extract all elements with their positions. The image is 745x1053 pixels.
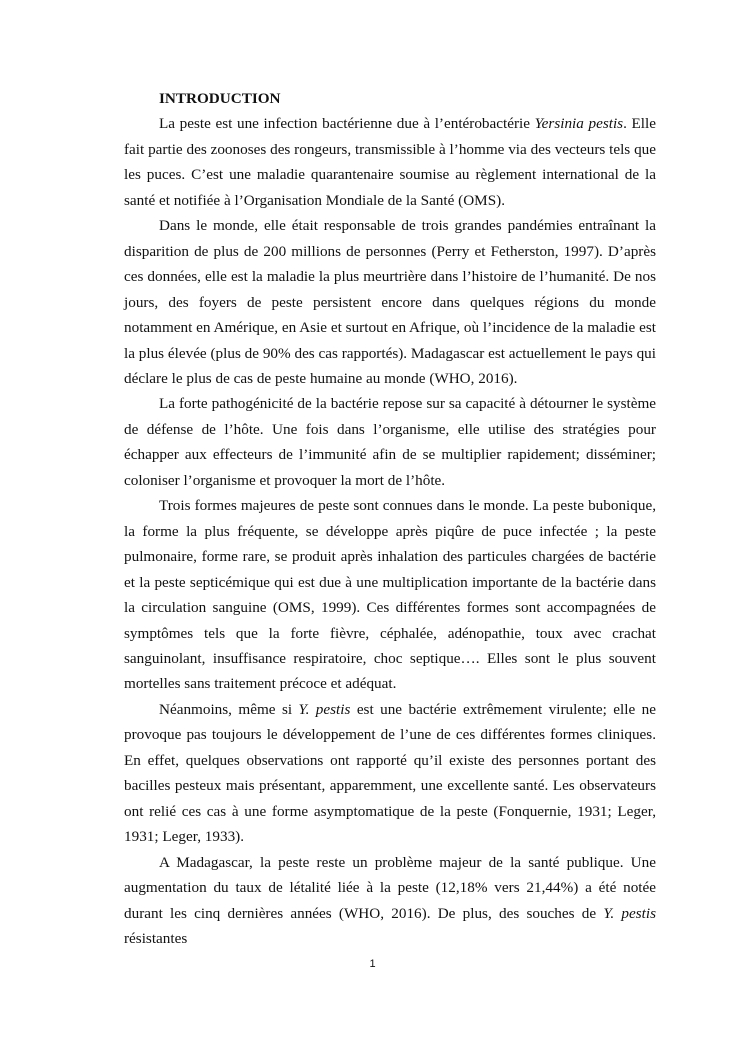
paragraph-1: La peste est une infection bactérienne d… <box>124 111 656 213</box>
text-segment: est une bactérie extrêmement virulente; … <box>124 701 656 845</box>
text-segment: La forte pathogénicité de la bactérie re… <box>124 395 656 488</box>
paragraph-2: Dans le monde, elle était responsable de… <box>124 213 656 391</box>
document-page: INTRODUCTION La peste est une infection … <box>124 86 656 951</box>
species-name: Y. pestis <box>299 701 351 718</box>
section-heading: INTRODUCTION <box>124 86 656 111</box>
text-segment: La peste est une infection bactérienne d… <box>159 115 535 132</box>
page-number: 1 <box>0 958 745 970</box>
paragraph-4: Trois formes majeures de peste sont conn… <box>124 493 656 697</box>
text-segment: A Madagascar, la peste reste un problème… <box>124 854 656 922</box>
text-segment: Trois formes majeures de peste sont conn… <box>124 497 656 692</box>
paragraph-6: A Madagascar, la peste reste un problème… <box>124 850 656 952</box>
paragraph-3: La forte pathogénicité de la bactérie re… <box>124 391 656 493</box>
species-name: Yersinia pestis <box>535 115 623 132</box>
species-name: Y. pestis <box>603 905 656 922</box>
text-segment: résistantes <box>124 930 187 947</box>
paragraph-5: Néanmoins, même si Y. pestis est une bac… <box>124 697 656 850</box>
text-segment: Néanmoins, même si <box>159 701 299 718</box>
text-segment: Dans le monde, elle était responsable de… <box>124 217 656 387</box>
